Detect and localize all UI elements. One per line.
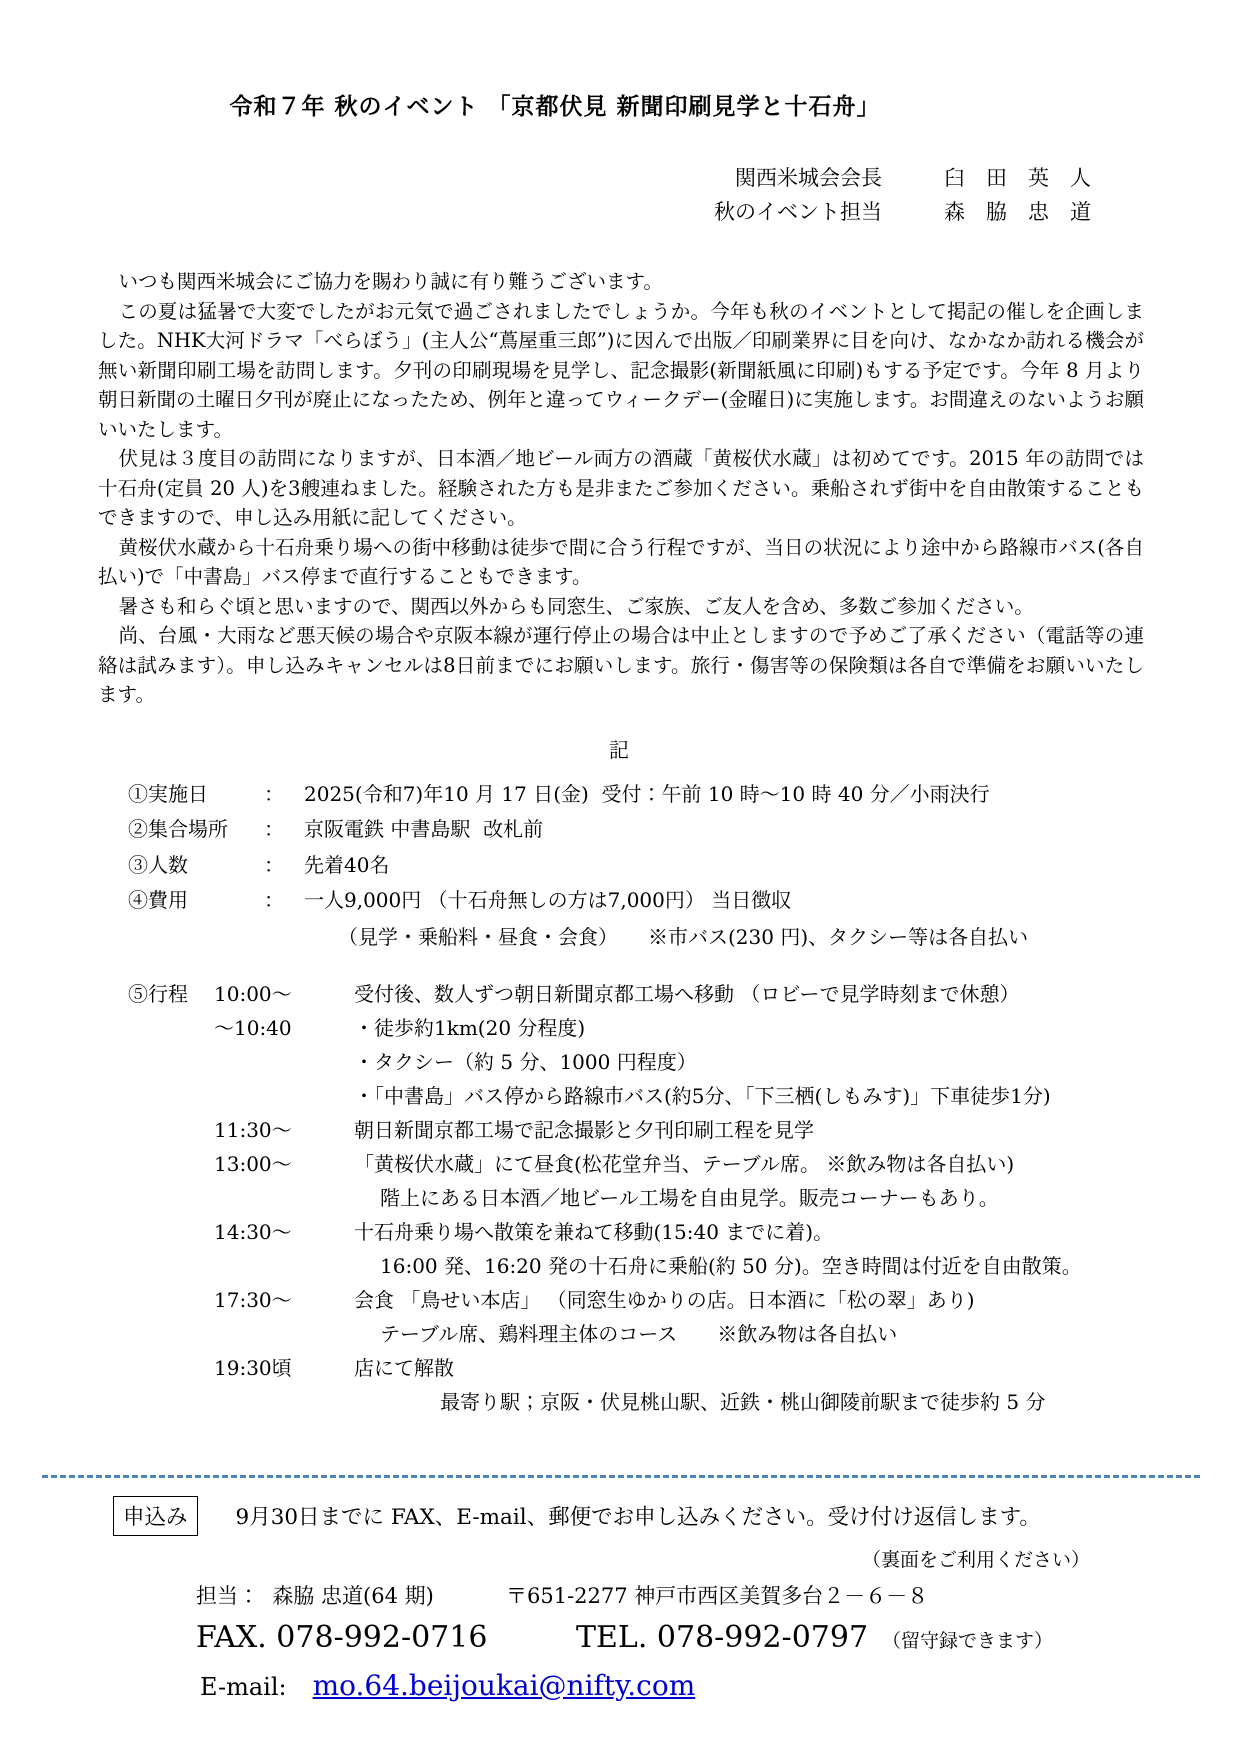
body-paragraph: 暑さも和らぐ頃と思いますので、関西以外からも同窓生、ご家族、ご友人を含め、多数ご…: [98, 592, 1144, 622]
schedule-row: ⑤行程 10:00～ 受付後、数人ずつ朝日新聞京都工場へ移動 （ロビーで見学時刻…: [128, 977, 1200, 1011]
signature-role: 関西米城会会長: [710, 161, 882, 195]
schedule-row: ・「中書島」バス停から路線市バス(約5分、「下三栖(しもみす)」下車徒歩1分): [128, 1079, 1200, 1113]
detail-colon: ：: [264, 777, 304, 813]
schedule-time: 10:00～: [214, 977, 354, 1011]
schedule-row: ～10:40 ・徒歩約1km(20 分程度): [128, 1011, 1200, 1045]
body-paragraph: 尚、台風・大雨など悪天候の場合や京阪本線が運行停止の場合は中止としますので予めご…: [98, 621, 1144, 710]
schedule-text: 16:00 発、16:20 発の十石舟に乗船(約 50 分)。空き時間は付近を自…: [354, 1249, 1200, 1283]
detail-row-place: ②集合場所 ： 京阪電鉄 中書島駅 改札前: [128, 812, 1180, 848]
back-side-note: （裏面をご利用ください）: [0, 1545, 1240, 1572]
detail-colon: ：: [264, 812, 304, 848]
body-paragraph: 黄桜伏水蔵から十石舟乗り場への街中移動は徒歩で間に合う行程ですが、当日の状況によ…: [98, 533, 1144, 592]
apply-box-label: 申込み: [113, 1496, 198, 1536]
detail-label: ②集合場所: [128, 812, 264, 848]
document-title: 令和７年 秋のイベント 「京都伏見 新聞印刷見学と十石舟」: [0, 0, 1240, 121]
signature-row: 秋のイベント担当 森 脇 忠 道: [710, 195, 1240, 229]
email-link[interactable]: mo.64.beijoukai@nifty.com: [313, 1669, 696, 1702]
schedule-text: 店にて解散: [354, 1351, 1200, 1385]
apply-instruction: 9月30日までに FAX、E-mail、郵便でお申し込みください。受け付け返信し…: [236, 1500, 1041, 1531]
body-paragraph: 伏見は３度目の訪問になりますが、日本酒／地ビール両方の酒蔵「黄桜伏水蔵」は初めて…: [98, 444, 1144, 533]
tel-note: （留守録できます）: [882, 1626, 1053, 1653]
detail-row-date: ①実施日 ： 2025(令和7)年10 月 17 日(金) 受付：午前 10 時…: [128, 777, 1180, 813]
schedule-text: ・徒歩約1km(20 分程度): [354, 1011, 1200, 1045]
schedule-text: 受付後、数人ずつ朝日新聞京都工場へ移動 （ロビーで見学時刻まで休憩）: [354, 977, 1200, 1011]
schedule-row: 11:30～ 朝日新聞京都工場で記念撮影と夕刊印刷工程を見学: [128, 1113, 1200, 1147]
contact-address: 〒651-2277 神戸市西区美賀多台２－６－８: [506, 1580, 928, 1610]
body-text: いつも関西米城会にご協力を賜わり誠に有り難うございます。 この夏は猛暑で大変でし…: [98, 267, 1144, 710]
signature-block: 関西米城会会長 臼 田 英 人 秋のイベント担当 森 脇 忠 道: [710, 161, 1240, 229]
schedule-time: 13:00～: [214, 1147, 354, 1181]
body-paragraph: この夏は猛暑で大変でしたがお元気で過ごされましたでしょうか。今年も秋のイベントと…: [98, 297, 1144, 445]
signature-name: 森 脇 忠 道: [944, 195, 1091, 229]
schedule-row: 13:00～ 「黄桜伏水蔵」にて昼食(松花堂弁当、テーブル席。 ※飲み物は各自払…: [128, 1147, 1200, 1181]
detail-label: ④費用: [128, 883, 264, 919]
schedule-time: 14:30～: [214, 1215, 354, 1249]
detail-list: ①実施日 ： 2025(令和7)年10 月 17 日(金) 受付：午前 10 時…: [128, 777, 1180, 955]
detail-value: 2025(令和7)年10 月 17 日(金) 受付：午前 10 時～10 時 4…: [304, 777, 1180, 813]
schedule-label: ⑤行程: [128, 977, 214, 1011]
schedule-row: 17:30～ 会食 「鳥せい本店」 （同窓生ゆかりの店。日本酒に「松の翠」あり): [128, 1283, 1200, 1317]
schedule-text: ・「中書島」バス停から路線市バス(約5分、「下三栖(しもみす)」下車徒歩1分): [354, 1079, 1200, 1113]
schedule-text: 最寄り駅；京阪・伏見桃山駅、近鉄・桃山御陵前駅まで徒歩約 5 分: [354, 1385, 1200, 1419]
schedule-row: ・タクシー（約 5 分、1000 円程度）: [128, 1045, 1200, 1079]
detail-colon: ：: [264, 883, 304, 919]
fee-note: （見学・乗船料・昼食・会食） ※市バス(230 円)、タクシー等は各自払い: [338, 919, 1180, 955]
detail-value: 先着40名: [304, 848, 1180, 884]
detail-label: ①実施日: [128, 777, 264, 813]
signature-role: 秋のイベント担当: [710, 195, 882, 229]
schedule-row: 最寄り駅；京阪・伏見桃山駅、近鉄・桃山御陵前駅まで徒歩約 5 分: [128, 1385, 1200, 1419]
email-row: E-mail: mo.64.beijoukai@nifty.com: [200, 1669, 1240, 1702]
signature-name: 臼 田 英 人: [944, 161, 1091, 195]
schedule-row: テーブル席、鶏料理主体のコース ※飲み物は各自払い: [128, 1317, 1200, 1351]
tel-number: TEL. 078-992-0797: [576, 1620, 868, 1655]
signature-row: 関西米城会会長 臼 田 英 人: [710, 161, 1240, 195]
email-label: E-mail:: [200, 1673, 287, 1701]
detail-row-capacity: ③人数 ： 先着40名: [128, 848, 1180, 884]
schedule-time: ～10:40: [214, 1011, 354, 1045]
contact-person: 担当： 森脇 忠道(64 期): [196, 1580, 506, 1610]
schedule-text: 階上にある日本酒／地ビール工場を自由見学。販売コーナーもあり。: [354, 1181, 1200, 1215]
schedule-time: 17:30～: [214, 1283, 354, 1317]
detail-label: ③人数: [128, 848, 264, 884]
fax-tel-row: FAX. 078-992-0716 TEL. 078-992-0797 （留守録…: [196, 1620, 1240, 1655]
schedule-row: 14:30～ 十石舟乗り場へ散策を兼ねて移動(15:40 までに着)。: [128, 1215, 1200, 1249]
detail-value: 一人9,000円 （十石舟無しの方は7,000円） 当日徴収: [304, 883, 1180, 919]
schedule-text: テーブル席、鶏料理主体のコース ※飲み物は各自払い: [354, 1317, 1200, 1351]
schedule-row: 階上にある日本酒／地ビール工場を自由見学。販売コーナーもあり。: [128, 1181, 1200, 1215]
schedule-text: ・タクシー（約 5 分、1000 円程度）: [354, 1045, 1200, 1079]
document-page: 令和７年 秋のイベント 「京都伏見 新聞印刷見学と十石舟」 関西米城会会長 臼 …: [0, 0, 1240, 1755]
fax-number: FAX. 078-992-0716: [196, 1620, 576, 1655]
schedule-text: 会食 「鳥せい本店」 （同窓生ゆかりの店。日本酒に「松の翠」あり): [354, 1283, 1200, 1317]
schedule-text: 「黄桜伏水蔵」にて昼食(松花堂弁当、テーブル席。 ※飲み物は各自払い): [354, 1147, 1200, 1181]
schedule-row: 16:00 発、16:20 発の十石舟に乗船(約 50 分)。空き時間は付近を自…: [128, 1249, 1200, 1283]
notice-heading: 記: [0, 734, 1240, 763]
contact-row: 担当： 森脇 忠道(64 期) 〒651-2277 神戸市西区美賀多台２－６－８: [196, 1580, 1240, 1610]
schedule-text: 朝日新聞京都工場で記念撮影と夕刊印刷工程を見学: [354, 1113, 1200, 1147]
body-paragraph: いつも関西米城会にご協力を賜わり誠に有り難うございます。: [98, 267, 1144, 297]
schedule-row: 19:30頃 店にて解散: [128, 1351, 1200, 1385]
divider-dashed-line: [42, 1475, 1200, 1478]
detail-row-fee: ④費用 ： 一人9,000円 （十石舟無しの方は7,000円） 当日徴収: [128, 883, 1180, 919]
apply-section: 申込み 9月30日までに FAX、E-mail、郵便でお申し込みください。受け付…: [113, 1496, 1240, 1536]
schedule-time: 19:30頃: [214, 1351, 354, 1385]
detail-colon: ：: [264, 848, 304, 884]
schedule-text: 十石舟乗り場へ散策を兼ねて移動(15:40 までに着)。: [354, 1215, 1200, 1249]
schedule-list: ⑤行程 10:00～ 受付後、数人ずつ朝日新聞京都工場へ移動 （ロビーで見学時刻…: [128, 977, 1200, 1419]
schedule-time: 11:30～: [214, 1113, 354, 1147]
detail-value: 京阪電鉄 中書島駅 改札前: [304, 812, 1180, 848]
